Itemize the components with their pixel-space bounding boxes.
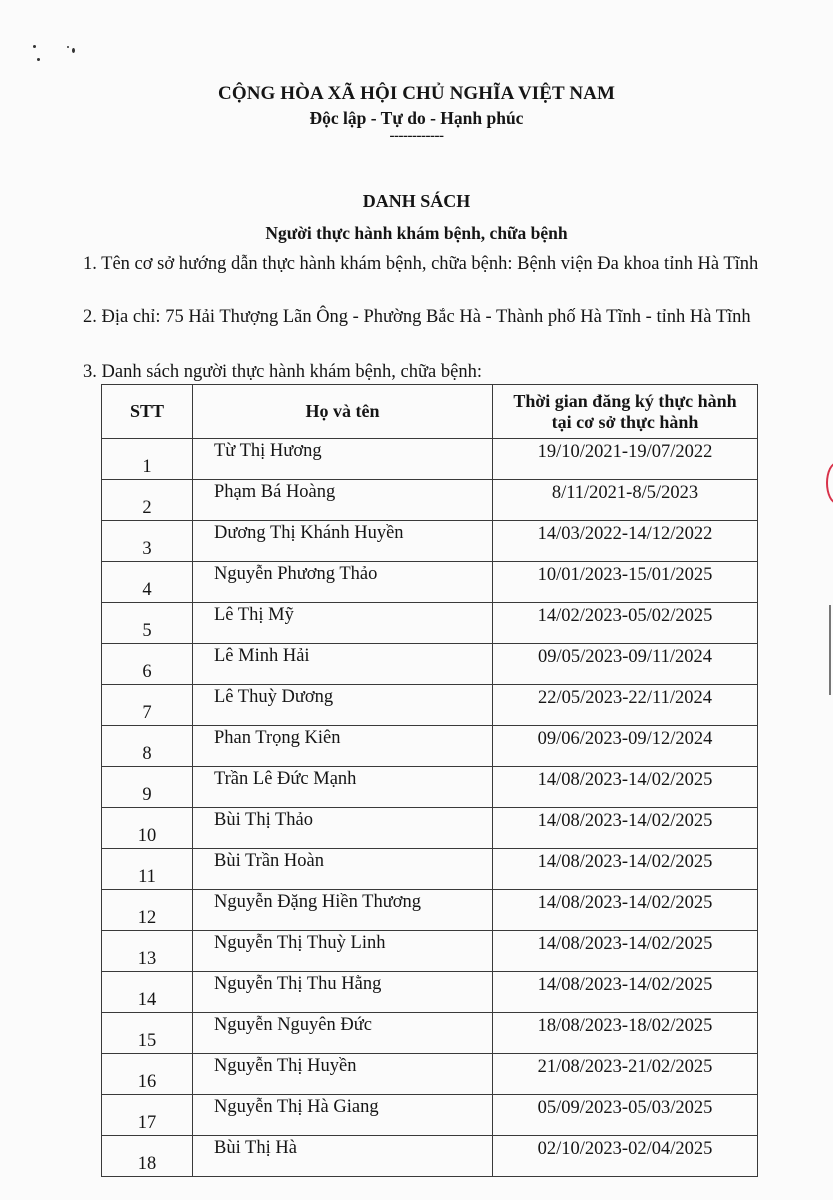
cell-name: Nguyễn Thị Thu Hằng bbox=[193, 972, 493, 1013]
cell-time: 8/11/2021-8/5/2023 bbox=[493, 480, 758, 521]
country-heading: CỘNG HÒA XÃ HỘI CHỦ NGHĨA VIỆT NAM bbox=[0, 83, 833, 105]
practitioner-table: STT Họ và tên Thời gian đăng ký thực hàn… bbox=[101, 384, 758, 1177]
document-subtitle: Người thực hành khám bệnh, chữa bệnh bbox=[0, 223, 833, 244]
cell-stt: 17 bbox=[102, 1095, 193, 1136]
cell-name: Dương Thị Khánh Huyền bbox=[193, 521, 493, 562]
table-row: 14Nguyễn Thị Thu Hằng14/08/2023-14/02/20… bbox=[102, 972, 758, 1013]
table-row: 5Lê Thị Mỹ14/02/2023-05/02/2025 bbox=[102, 603, 758, 644]
cell-name: Bùi Thị Hà bbox=[193, 1136, 493, 1177]
header-time-line: Thời gian đăng ký thực hànhtại cơ sở thự… bbox=[493, 391, 757, 433]
scanned-page: CỘNG HÒA XÃ HỘI CHỦ NGHĨA VIỆT NAM Độc l… bbox=[0, 0, 833, 1200]
motto-heading: Độc lập - Tự do - Hạnh phúc bbox=[0, 108, 833, 129]
cell-stt: 16 bbox=[102, 1054, 193, 1095]
cell-time: 14/08/2023-14/02/2025 bbox=[493, 972, 758, 1013]
table-row: 4Nguyễn Phương Thảo10/01/2023-15/01/2025 bbox=[102, 562, 758, 603]
cell-stt: 10 bbox=[102, 808, 193, 849]
cell-name: Nguyễn Thị Hà Giang bbox=[193, 1095, 493, 1136]
scan-edge bbox=[829, 605, 831, 695]
facility-name-paragraph: 1. Tên cơ sở hướng dẫn thực hành khám bệ… bbox=[83, 252, 763, 276]
cell-stt: 14 bbox=[102, 972, 193, 1013]
cell-time: 02/10/2023-02/04/2025 bbox=[493, 1136, 758, 1177]
header-time: Thời gian đăng ký thực hànhtại cơ sở thự… bbox=[493, 385, 758, 439]
scan-speck bbox=[67, 46, 69, 48]
cell-stt: 5 bbox=[102, 603, 193, 644]
cell-stt: 2 bbox=[102, 480, 193, 521]
cell-stt: 4 bbox=[102, 562, 193, 603]
table-row: 8Phan Trọng Kiên09/06/2023-09/12/2024 bbox=[102, 726, 758, 767]
scan-speck bbox=[72, 48, 75, 53]
cell-name: Nguyễn Thị Thuỳ Linh bbox=[193, 931, 493, 972]
stamp-mark bbox=[826, 462, 833, 504]
document-title: DANH SÁCH bbox=[0, 191, 833, 212]
cell-stt: 15 bbox=[102, 1013, 193, 1054]
table-header-row: STT Họ và tên Thời gian đăng ký thực hàn… bbox=[102, 385, 758, 439]
cell-time: 14/08/2023-14/02/2025 bbox=[493, 931, 758, 972]
cell-name: Lê Thị Mỹ bbox=[193, 603, 493, 644]
cell-stt: 1 bbox=[102, 439, 193, 480]
header-stt: STT bbox=[102, 385, 193, 439]
table-row: 16Nguyễn Thị Huyền21/08/2023-21/02/2025 bbox=[102, 1054, 758, 1095]
table-row: 18Bùi Thị Hà02/10/2023-02/04/2025 bbox=[102, 1136, 758, 1177]
cell-name: Nguyễn Thị Huyền bbox=[193, 1054, 493, 1095]
header-name: Họ và tên bbox=[193, 385, 493, 439]
cell-stt: 7 bbox=[102, 685, 193, 726]
table-row: 6Lê Minh Hải09/05/2023-09/11/2024 bbox=[102, 644, 758, 685]
cell-name: Nguyễn Đặng Hiền Thương bbox=[193, 890, 493, 931]
cell-name: Nguyễn Nguyên Đức bbox=[193, 1013, 493, 1054]
table-row: 15Nguyễn Nguyên Đức18/08/2023-18/02/2025 bbox=[102, 1013, 758, 1054]
cell-name: Nguyễn Phương Thảo bbox=[193, 562, 493, 603]
table-row: 3Dương Thị Khánh Huyền14/03/2022-14/12/2… bbox=[102, 521, 758, 562]
cell-name: Từ Thị Hương bbox=[193, 439, 493, 480]
cell-stt: 13 bbox=[102, 931, 193, 972]
table-row: 2Phạm Bá Hoàng8/11/2021-8/5/2023 bbox=[102, 480, 758, 521]
cell-time: 14/08/2023-14/02/2025 bbox=[493, 890, 758, 931]
cell-stt: 12 bbox=[102, 890, 193, 931]
scan-speck bbox=[37, 58, 40, 61]
cell-name: Bùi Thị Thảo bbox=[193, 808, 493, 849]
cell-stt: 6 bbox=[102, 644, 193, 685]
cell-time: 14/03/2022-14/12/2022 bbox=[493, 521, 758, 562]
table-row: 13Nguyễn Thị Thuỳ Linh14/08/2023-14/02/2… bbox=[102, 931, 758, 972]
cell-name: Phan Trọng Kiên bbox=[193, 726, 493, 767]
table-row: 11Bùi Trần Hoàn14/08/2023-14/02/2025 bbox=[102, 849, 758, 890]
address-paragraph: 2. Địa chỉ: 75 Hải Thượng Lãn Ông - Phườ… bbox=[83, 305, 763, 329]
table-row: 9Trần Lê Đức Mạnh14/08/2023-14/02/2025 bbox=[102, 767, 758, 808]
cell-name: Bùi Trần Hoàn bbox=[193, 849, 493, 890]
cell-name: Phạm Bá Hoàng bbox=[193, 480, 493, 521]
table-row: 12Nguyễn Đặng Hiền Thương14/08/2023-14/0… bbox=[102, 890, 758, 931]
cell-time: 10/01/2023-15/01/2025 bbox=[493, 562, 758, 603]
cell-time: 19/10/2021-19/07/2022 bbox=[493, 439, 758, 480]
cell-time: 14/08/2023-14/02/2025 bbox=[493, 849, 758, 890]
cell-name: Lê Minh Hải bbox=[193, 644, 493, 685]
cell-time: 14/08/2023-14/02/2025 bbox=[493, 808, 758, 849]
table-row: 17Nguyễn Thị Hà Giang05/09/2023-05/03/20… bbox=[102, 1095, 758, 1136]
table-body: 1Từ Thị Hương19/10/2021-19/07/20222Phạm … bbox=[102, 439, 758, 1177]
cell-stt: 18 bbox=[102, 1136, 193, 1177]
cell-time: 21/08/2023-21/02/2025 bbox=[493, 1054, 758, 1095]
cell-time: 18/08/2023-18/02/2025 bbox=[493, 1013, 758, 1054]
cell-time: 14/08/2023-14/02/2025 bbox=[493, 767, 758, 808]
cell-name: Trần Lê Đức Mạnh bbox=[193, 767, 493, 808]
cell-stt: 8 bbox=[102, 726, 193, 767]
cell-stt: 3 bbox=[102, 521, 193, 562]
table-row: 1Từ Thị Hương19/10/2021-19/07/2022 bbox=[102, 439, 758, 480]
cell-stt: 9 bbox=[102, 767, 193, 808]
heading-separator: ------------ bbox=[0, 128, 833, 145]
cell-time: 09/06/2023-09/12/2024 bbox=[493, 726, 758, 767]
scan-speck bbox=[33, 45, 36, 48]
table-row: 7Lê Thuỳ Dương22/05/2023-22/11/2024 bbox=[102, 685, 758, 726]
cell-name: Lê Thuỳ Dương bbox=[193, 685, 493, 726]
cell-time: 14/02/2023-05/02/2025 bbox=[493, 603, 758, 644]
cell-time: 05/09/2023-05/03/2025 bbox=[493, 1095, 758, 1136]
list-intro-paragraph: 3. Danh sách người thực hành khám bệnh, … bbox=[83, 360, 763, 384]
cell-time: 22/05/2023-22/11/2024 bbox=[493, 685, 758, 726]
table-row: 10Bùi Thị Thảo14/08/2023-14/02/2025 bbox=[102, 808, 758, 849]
cell-stt: 11 bbox=[102, 849, 193, 890]
cell-time: 09/05/2023-09/11/2024 bbox=[493, 644, 758, 685]
